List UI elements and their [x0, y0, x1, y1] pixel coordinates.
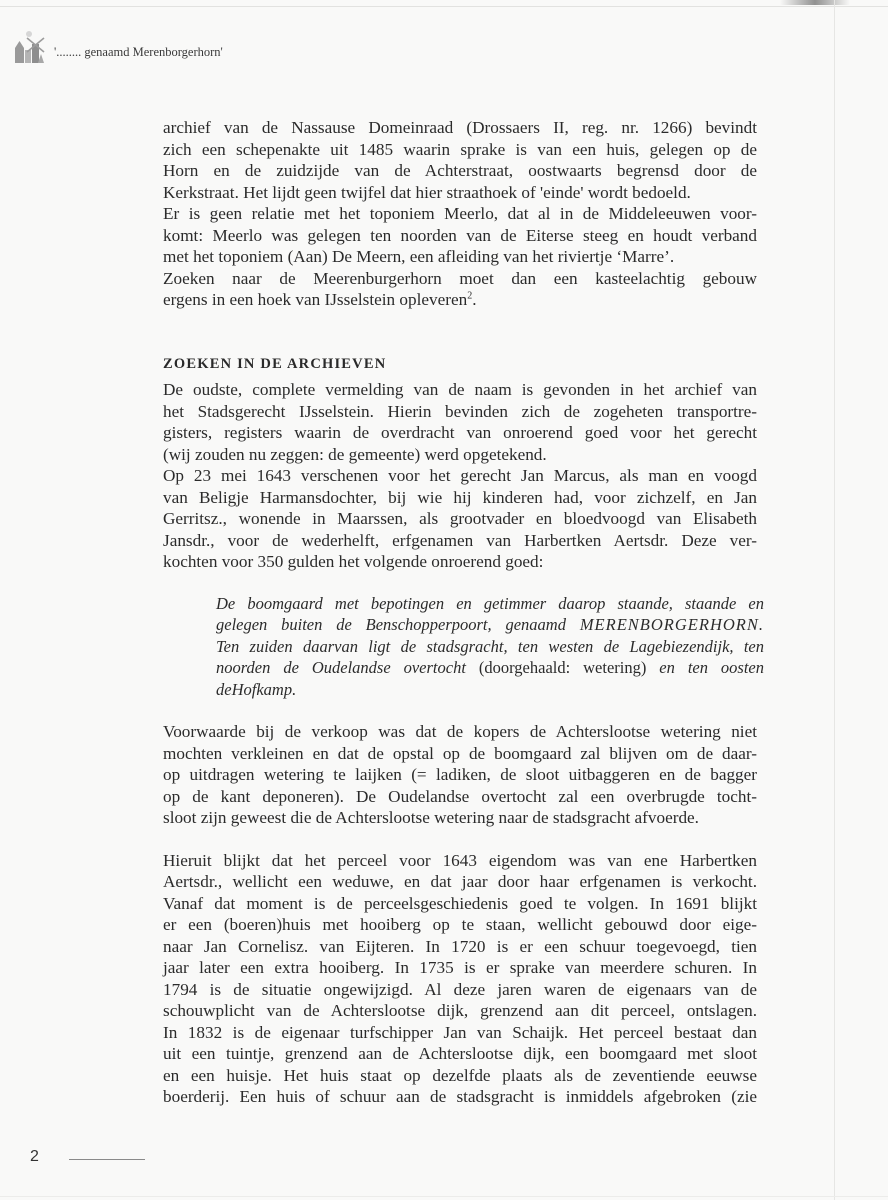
text-line: Aertsdr., wellicht een weduwe, en dat ja… [163, 871, 757, 893]
quote-text: noorden de Oudelandse overtocht [216, 658, 479, 677]
text-line: Zoeken naar de Meerenburgerhorn moet dan… [163, 268, 757, 290]
block-quote: De boomgaard met bepotingen en getimmer … [216, 593, 764, 701]
text-line: boerderij. Een huis of schuur aan de sta… [163, 1086, 757, 1108]
section-paragraph-4: Hieruit blijkt dat het perceel voor 1643… [163, 850, 757, 1108]
text-line: Er is geen relatie met het toponiem Meer… [163, 203, 757, 225]
paragraph-spacer [163, 829, 757, 850]
quote-line: gelegen buiten de Benschopperpoort, gena… [216, 614, 764, 636]
text-line: Hieruit blijkt dat het perceel voor 1643… [163, 850, 757, 872]
page-footer: 2 [30, 1148, 145, 1166]
article-body: archief van de Nassause Domeinraad (Dros… [163, 117, 757, 1108]
quote-line: De boomgaard met bepotingen en getimmer … [216, 593, 764, 615]
text-line: In 1832 is de eigenaar turfschipper Jan … [163, 1022, 757, 1044]
section-paragraph-3: Voorwaarde bij de verkoop was dat de kop… [163, 721, 757, 829]
property-name: MERENBORGERHORN. [580, 615, 764, 634]
text-line: archief van de Nassause Domeinraad (Dros… [163, 117, 757, 139]
text-line: zich een schepenakte uit 1485 waarin spr… [163, 139, 757, 161]
text-line: met het toponiem (Aan) De Meern, een afl… [163, 246, 757, 268]
text-line: gisters, registers waarin de overdracht … [163, 422, 757, 444]
text-line: 1794 is de situatie ongewijzigd. Al deze… [163, 979, 757, 1001]
end-punctuation: . [472, 290, 476, 309]
text-line: Vanaf dat moment is de perceelsgeschiede… [163, 893, 757, 915]
editorial-note: (doorgehaald: wetering) [479, 658, 647, 677]
section-heading: ZOEKEN IN DE ARCHIEVEN [163, 354, 757, 376]
text-line: het Stadsgerecht IJsselstein. Hierin bev… [163, 401, 757, 423]
text-line: De oudste, complete vermelding van de na… [163, 379, 757, 401]
quote-text: en ten oosten [646, 658, 764, 677]
text-line: Gerritsz., wonende in Maarssen, als groo… [163, 508, 757, 530]
intro-paragraph: archief van de Nassause Domeinraad (Dros… [163, 117, 757, 311]
text-line: schouwplicht van de Achterslootse dijk, … [163, 1000, 757, 1022]
section-paragraph-2: Op 23 mei 1643 verschenen voor het gerec… [163, 465, 757, 573]
quote-line: noorden de Oudelandse overtocht (doorgeh… [216, 657, 764, 679]
text-line: en een huisje. Het huis staat op dezelfd… [163, 1065, 757, 1087]
text-line: sloot zijn geweest die de Achterslootse … [163, 807, 757, 829]
text-line: Op 23 mei 1643 verschenen voor het gerec… [163, 465, 757, 487]
text-line: (wij zouden nu zeggen: de gemeente) werd… [163, 444, 757, 466]
text-line: er een (boeren)huis met hooiberg op te s… [163, 914, 757, 936]
paragraph-spacer [163, 700, 757, 721]
quote-line: Ten zuiden daarvan ligt de stadsgracht, … [216, 636, 764, 658]
text-line: Jansdr., voor de wederhelft, erfgenamen … [163, 530, 757, 552]
running-header-title: '........ genaamd Merenborgerhorn' [54, 45, 223, 60]
castle-windmill-logo-icon [14, 30, 48, 64]
page-number: 2 [30, 1148, 39, 1166]
page-bottom-edge [0, 1196, 888, 1197]
text-line: Kerkstraat. Het lijdt geen twijfel dat h… [163, 182, 757, 204]
text-line: van Beligje Harmansdochter, bij wie hij … [163, 487, 757, 509]
text-line: jaar later een extra hooiberg. In 1735 i… [163, 957, 757, 979]
text-line: naar Jan Cornelisz. van Eijteren. In 172… [163, 936, 757, 958]
text-line: Voorwaarde bij de verkoop was dat de kop… [163, 721, 757, 743]
text-line: uit een tuintje, grenzend aan de Achters… [163, 1043, 757, 1065]
text-line: mochten verkleinen en dat de opstal op d… [163, 743, 757, 765]
text-line: komt: Meerlo was gelegen ten noorden van… [163, 225, 757, 247]
section-spacer [163, 311, 757, 354]
text-line: Horn en de zuidzijde van de Achterstraat… [163, 160, 757, 182]
text-line: op de kant deponeren). De Oudelandse ove… [163, 786, 757, 808]
text-line-content: ergens in een hoek van IJsselstein oplev… [163, 290, 467, 309]
running-header: '........ genaamd Merenborgerhorn' [14, 28, 223, 64]
section-paragraph-1: De oudste, complete vermelding van de na… [163, 379, 757, 465]
quote-line: deHofkamp. [216, 679, 764, 701]
text-line: kochten voor 350 gulden het volgende onr… [163, 551, 757, 573]
quote-text: gelegen buiten de Benschopperpoort, gena… [216, 615, 580, 634]
footer-rule [69, 1159, 145, 1160]
scan-shadow [780, 0, 850, 5]
text-line: op uitdragen wetering te laijken (= ladi… [163, 764, 757, 786]
page-fold-line [834, 0, 835, 1200]
text-line: ergens in een hoek van IJsselstein oplev… [163, 289, 757, 311]
page-top-edge [0, 6, 888, 7]
